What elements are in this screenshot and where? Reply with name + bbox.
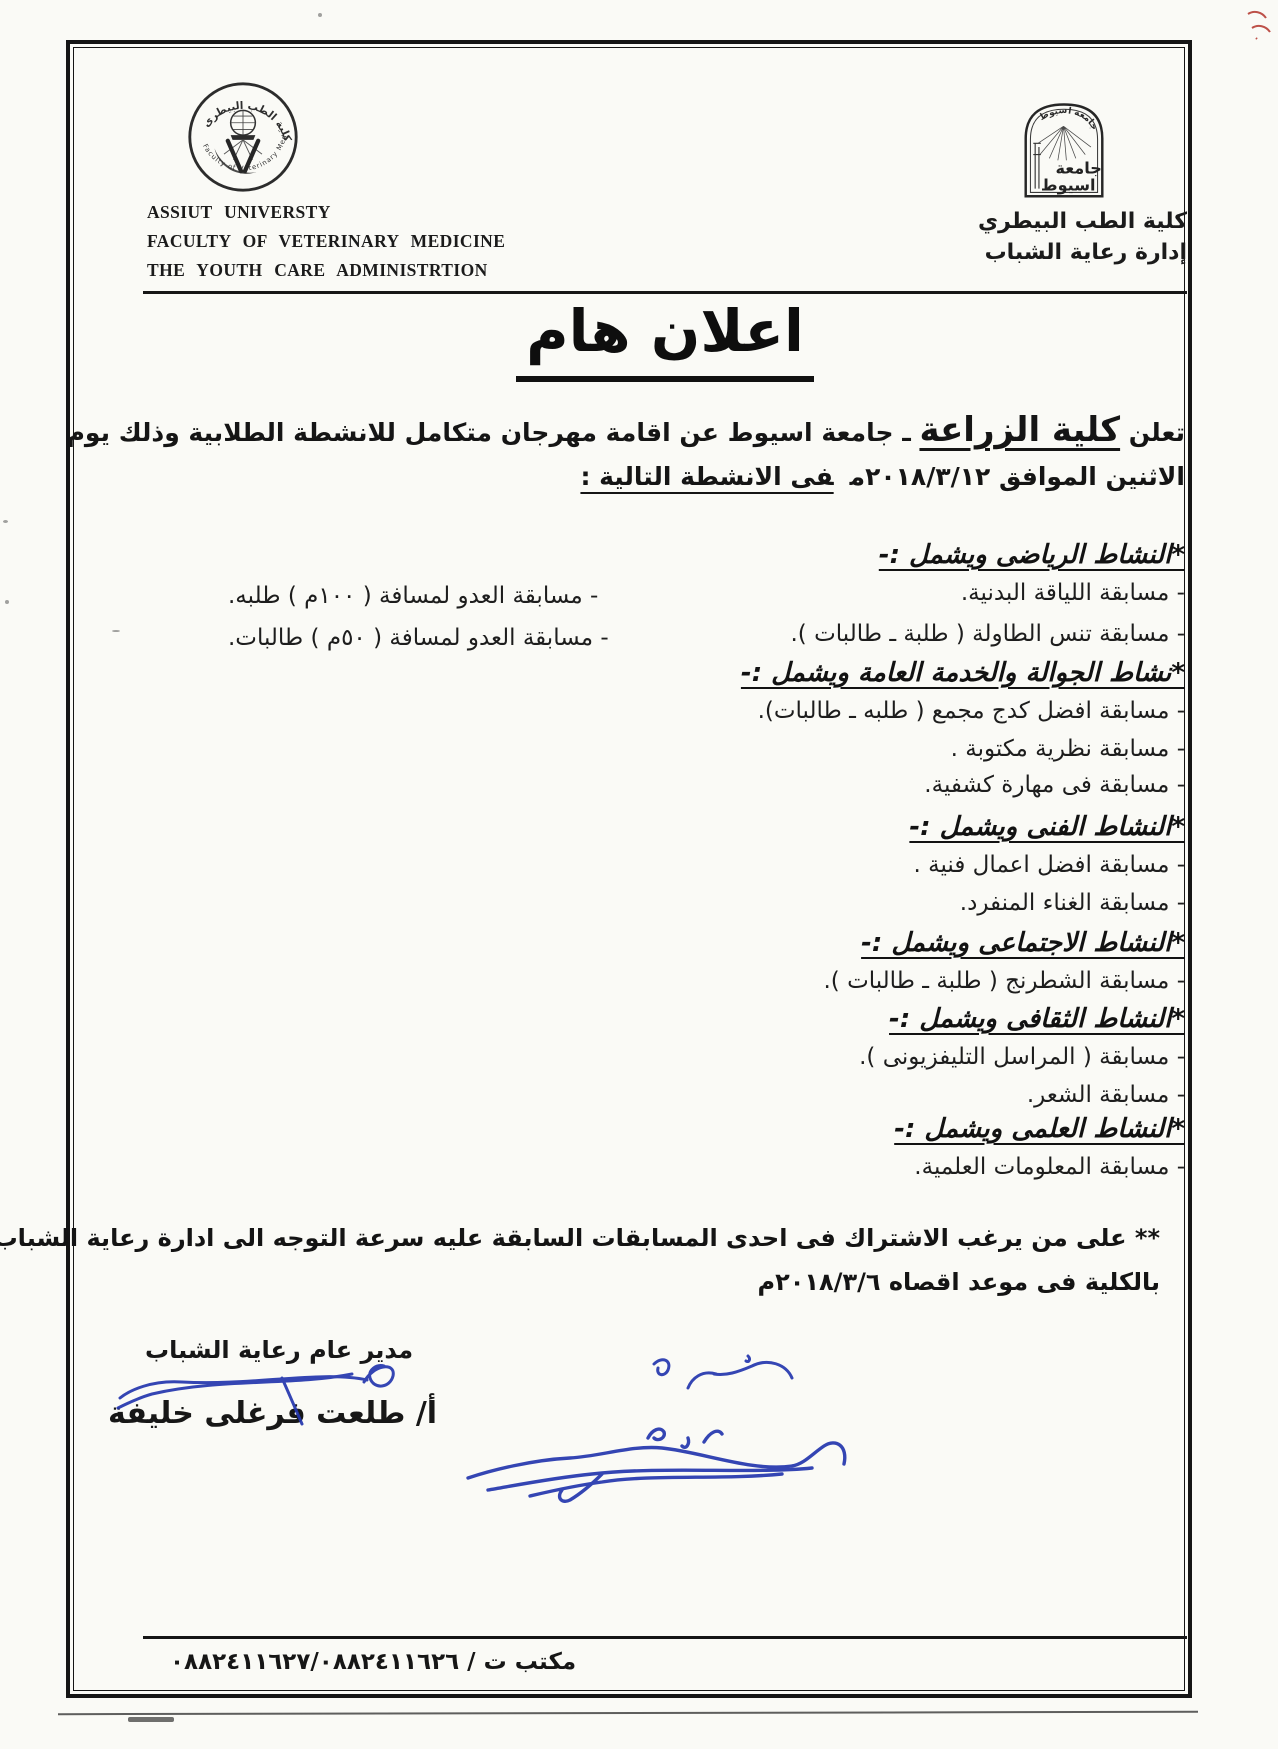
assiut-university-seal-icon: جامعة اسيوط جامعة اسيوط <box>1018 96 1110 200</box>
list-item: - مسابقة العدو لمسافة ( ١٠٠م ) طلبه. <box>228 583 598 609</box>
scan-smudge <box>128 1717 174 1722</box>
section-heading-sports: *النشاط الرياضى ويشمل :- <box>879 540 1185 570</box>
list-item: - مسابقة تنس الطاولة ( طلبة ـ طالبات ). <box>791 621 1186 647</box>
list-item: - مسابقة الغناء المنفرد. <box>960 890 1185 916</box>
list-item: - مسابقة ( المراسل التليفزيونى ). <box>859 1044 1185 1070</box>
office-phone: مكتب ت / ٠٨٨٢٤١١٦٢٧/٠٨٨٢٤١١٦٢٦ <box>170 1649 576 1675</box>
section-heading-art: *النشاط الفنى ويشمل :- <box>909 812 1185 842</box>
section-heading-cultural: *النشاط الثقافى ويشمل :- <box>889 1004 1185 1034</box>
intro-rest: ـ جامعة اسيوط عن اقامة مهرجان متكامل للا… <box>67 418 920 447</box>
university-seal-word-2: اسيوط <box>1041 176 1096 195</box>
footer-divider <box>143 1636 1187 1639</box>
section-heading-scientific: *النشاط العلمى ويشمل :- <box>894 1114 1185 1144</box>
page-title: اعلان هام <box>516 288 814 382</box>
list-item: - مسابقة افضل كدج مجمع ( طلبه ـ طالبات). <box>758 698 1185 724</box>
title-row: اعلان هام <box>143 288 1187 382</box>
arabic-letterhead: كلية الطب البيطري إدارة رعاية الشباب <box>927 206 1187 268</box>
english-letterhead: ASSIUT UNIVERSTY FACULTY OF VETERINARY M… <box>147 198 667 285</box>
list-item: - مسابقة افضل اعمال فنية . <box>914 852 1185 878</box>
scan-speck <box>318 13 322 17</box>
list-item: - مسابقة العدو لمسافة ( ٥٠م ) طالبات. <box>228 625 609 651</box>
signatory-name: أ/ طلعت فرغلى خليفة <box>108 1396 437 1431</box>
list-item: - مسابقة اللياقة البدنية. <box>961 580 1185 606</box>
letterhead-admin-arabic: إدارة رعاية الشباب <box>927 237 1187 268</box>
intro-date: الاثنين الموافق ٢٠١٨/٣/١٢م <box>850 462 1185 491</box>
participation-notice-line-2: بالكلية فى موعد اقصاه ٢٠١٨/٣/٦م <box>757 1268 1160 1296</box>
letterhead-faculty-arabic: كلية الطب البيطري <box>927 206 1187 237</box>
section-heading-social: *النشاط الاجتماعى ويشمل :- <box>861 928 1185 958</box>
scanned-announcement-page: كلية الطب البيطرى Faculty of Veterinary … <box>0 0 1278 1749</box>
participation-notice-line-1: ** على من يرغب الاشتراك فى احدى المسابقا… <box>0 1224 1160 1252</box>
scan-speck <box>5 600 9 604</box>
signatory-title: مدير عام رعاية الشباب <box>145 1336 413 1364</box>
list-item: - مسابقة المعلومات العلمية. <box>914 1154 1185 1180</box>
scan-speck <box>3 520 8 523</box>
faculty-of-veterinary-medicine-seal-icon: كلية الطب البيطرى Faculty of Veterinary … <box>186 80 300 194</box>
letterhead-line-faculty: FACULTY OF VETERINARY MEDICINE <box>147 227 667 256</box>
letterhead-line-administration: THE YOUTH CARE ADMINISTRTION <box>147 256 667 285</box>
list-item: - مسابقة الشطرنج ( طلبة ـ طالبات ). <box>823 968 1185 994</box>
list-item: - مسابقة فى مهارة كشفية. <box>924 772 1185 798</box>
list-item: - مسابقة نظرية مكتوبة . <box>951 736 1185 762</box>
intro-activities-lead: فى الانشطة التالية : <box>580 462 833 491</box>
intro-line-2: الاثنين الموافق ٢٠١٨/٣/١٢مفى الانشطة الت… <box>580 462 1185 491</box>
list-item: - مسابقة الشعر. <box>1027 1082 1185 1108</box>
scan-edge-artifact <box>58 1711 1198 1715</box>
section-heading-scouting: *نشاط الجوالة والخدمة العامة ويشمل :- <box>741 658 1185 688</box>
red-pen-mark <box>1242 6 1276 46</box>
letterhead-line-university: ASSIUT UNIVERSTY <box>147 198 667 227</box>
scan-speck <box>112 630 120 632</box>
intro-pre: تعلن <box>1120 418 1185 447</box>
intro-college-name: كلية الزراعة <box>919 410 1120 450</box>
intro-line-1: تعلن كلية الزراعة ـ جامعة اسيوط عن اقامة… <box>67 410 1185 450</box>
